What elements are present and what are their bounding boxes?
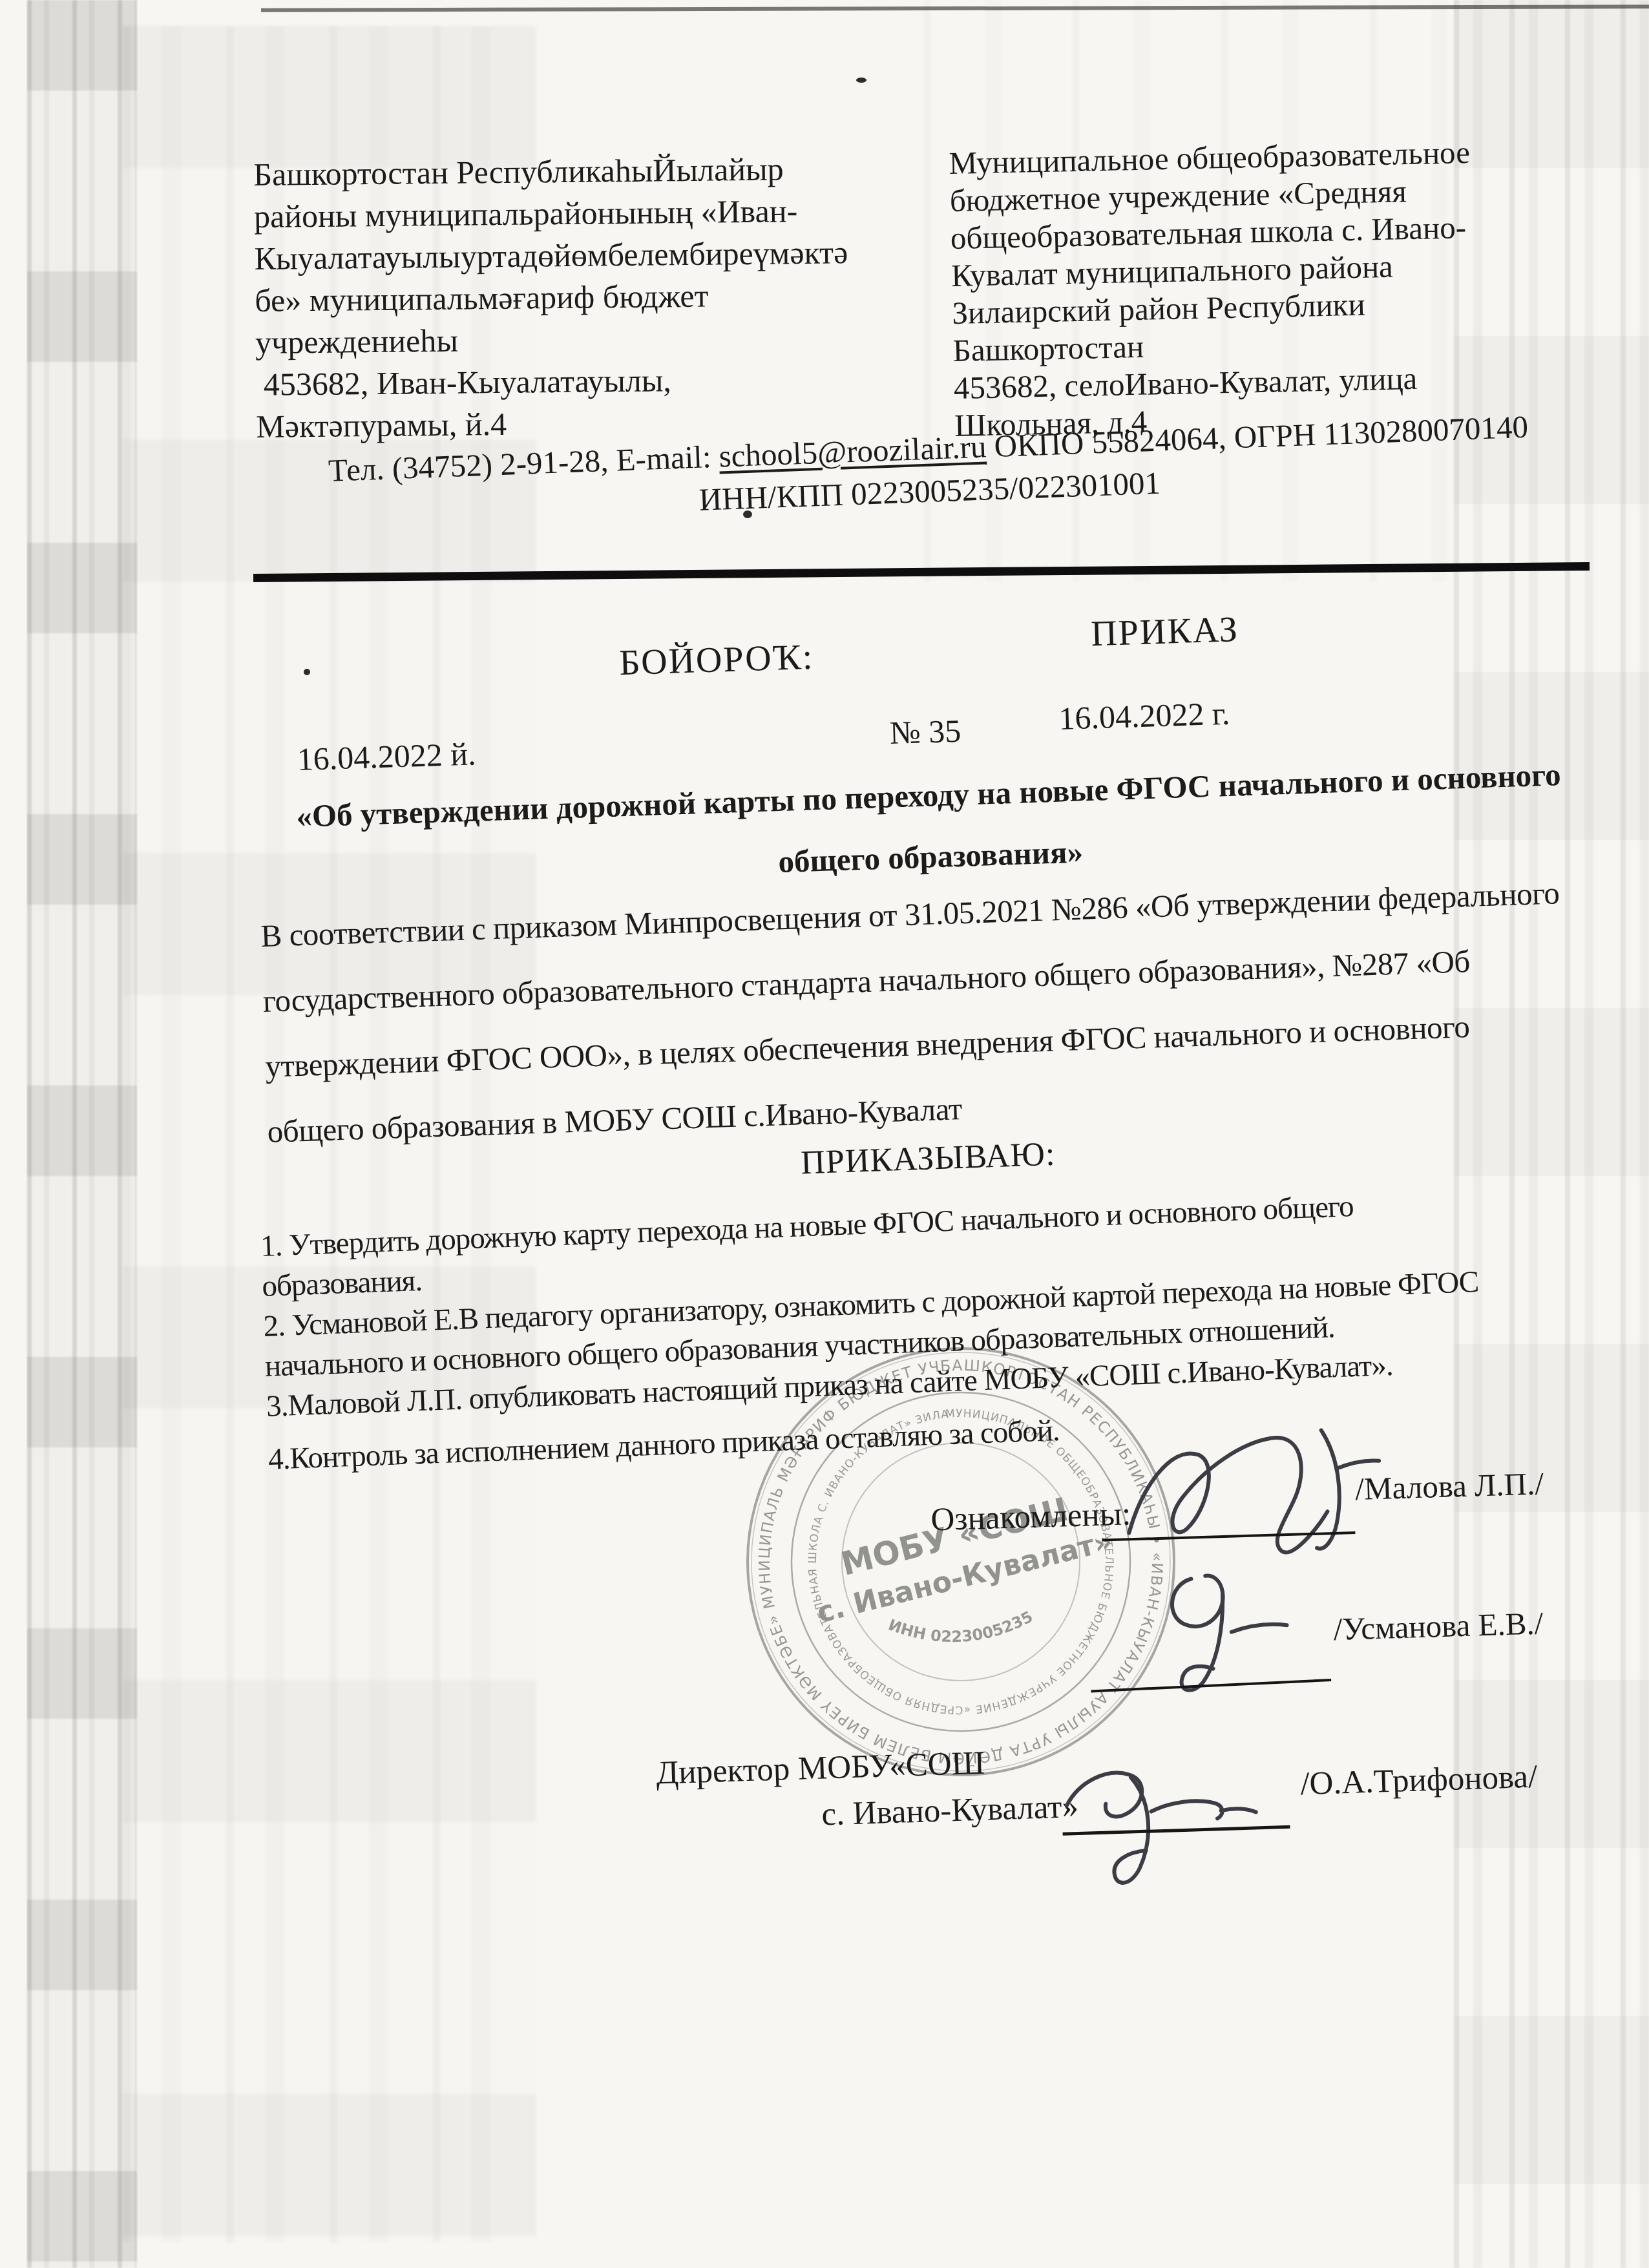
- director-title-line1: Директор МОБУ«СОШ: [655, 1745, 985, 1792]
- letterhead-line: районы муниципальрайонының «Иван-: [254, 190, 836, 238]
- scanned-order-document: { "header": { "left_lines": [ "Башкортос…: [0, 0, 1649, 2268]
- letterhead-line: Башкортостан РеспубликаһыЙылайыр: [253, 148, 835, 196]
- header-divider-rule: [253, 562, 1590, 582]
- order-date-bashkir: 16.04.2022 й.: [297, 735, 476, 778]
- letterhead-line: бе» муниципальмәғариф бюджет: [255, 274, 837, 322]
- signature-trifonova: [1039, 1736, 1289, 1899]
- acknowledged-label: Ознакомлены:: [930, 1495, 1131, 1538]
- scan-speck: [856, 78, 867, 83]
- signature-name-1: /Малова Л.П./: [1355, 1465, 1544, 1507]
- scan-top-edge-line: [261, 5, 1649, 12]
- order-number: № 35: [889, 712, 961, 751]
- letterhead-line: учреждениеһы: [255, 316, 837, 364]
- order-title-bashkir: БОЙОРОҠ:: [618, 636, 814, 684]
- order-date-russian: 16.04.2022 г.: [1058, 695, 1231, 737]
- order-body-paragraph: В соответствии с приказом Минпросвещения…: [260, 859, 1599, 1164]
- director-name: /О.А.Трифонова/: [1300, 1758, 1539, 1803]
- signature-name-2: /Усманова Е.В./: [1333, 1604, 1544, 1648]
- email-address: school5@roozilair.ru: [719, 428, 987, 474]
- letterhead-line: Кыуалатауылыуртадөйөмбелембиреүмәктә: [254, 232, 836, 280]
- order-title-russian: ПРИКАЗ: [1090, 609, 1239, 655]
- letterhead-line: 453682, Иван-Кыуалатауылы,: [255, 358, 837, 406]
- letterhead-russian: Муниципальное общеобразовательное бюджет…: [949, 132, 1575, 445]
- acknowledgement-block: Ознакомлены: /Малова Л.П./ /Усманова Е.В…: [918, 1445, 1623, 1737]
- letterhead-bashkir: Башкортостан РеспубликаһыЙылайыр районы …: [253, 148, 838, 448]
- scan-streaks-left-edge: [27, 0, 137, 2268]
- director-signature-block: Директор МОБУ«СОШ с. Ивано-Кувалат» /О.А…: [646, 1715, 1595, 1938]
